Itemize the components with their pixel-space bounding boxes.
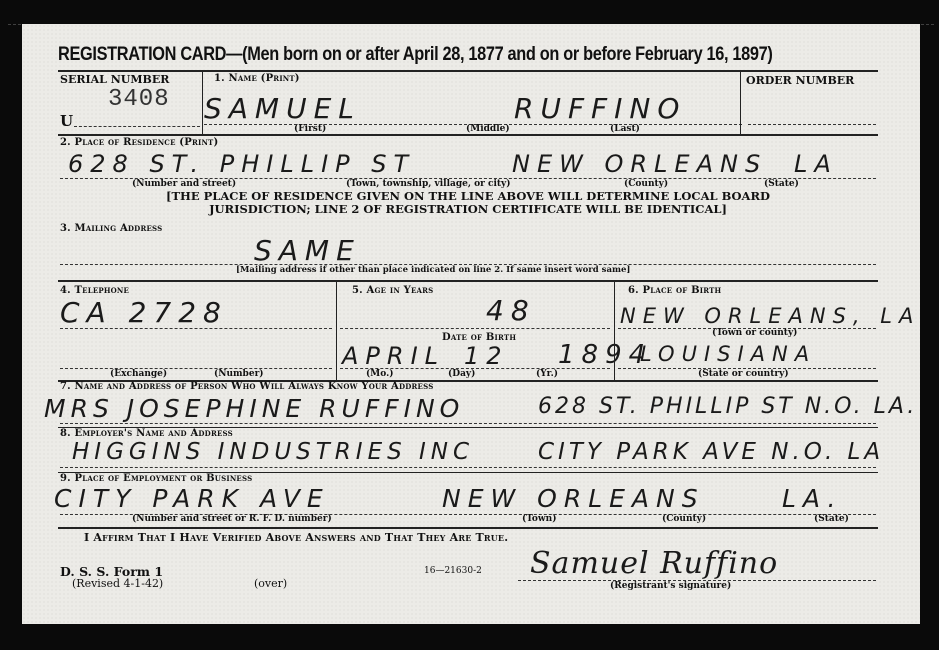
residence-notice: [THE PLACE OF RESIDENCE GIVEN ON THE LIN… [58,190,878,216]
card-title: REGISTRATION CARD—(Men born on or after … [58,44,772,66]
birth-state-caption: (State or country) [698,369,789,379]
age-label: 5. Age in Years [352,285,433,296]
contact-label: 7. Name and Address of Person Who Will A… [60,381,433,392]
employment-street-value: CITY PARK AVE [54,484,330,513]
birth-year-value: 1894 [558,340,652,370]
contact-name-value: MRS JOSEPHINE RUFFINO [44,394,464,423]
serial-number-value: 3408 [108,86,170,113]
street-caption: (Number and street) [132,179,236,189]
serial-number-label: SERIAL NUMBER [60,73,169,86]
state-caption: (State) [764,179,799,189]
employer-address-value: CITY PARK AVE N.O. LA [538,439,884,465]
mailing-caption: [Mailing address if other than place ind… [236,265,630,275]
day-caption: (Day) [448,369,475,379]
telephone-value: CA 2728 [60,296,228,329]
birth-town-value: NEW ORLEANS, LA [620,304,920,328]
county-caption: (County) [624,179,668,189]
form-revised: (Revised 4-1-42) [72,577,163,590]
over-note: (over) [254,577,287,590]
contact-line [60,423,876,424]
order-number-label: ORDER NUMBER [746,74,854,87]
divider [740,72,741,134]
microfilm-frame-edge [8,4,934,25]
employment-state-caption: (State) [814,514,849,524]
divider [58,280,878,282]
birth-month-value: APRIL [342,342,445,370]
birth-day-value: 12 [464,342,509,370]
employment-county-caption: (County) [662,514,706,524]
age-line [340,328,610,329]
middle-caption: (Middle) [466,124,510,134]
residence-label: 2. Place of Residence (Print) [60,137,218,148]
divider [58,527,878,529]
registration-card: REGISTRATION CARD—(Men born on or after … [22,24,920,624]
divider [614,282,615,380]
serial-prefix: U [60,112,73,130]
employment-street-caption: (Number and street or R. F. D. number) [132,514,332,524]
divider [202,72,203,134]
residence-street-value: 628 ST. PHILLIP ST [68,150,415,178]
last-caption: (Last) [610,124,640,134]
contact-address-value: 628 ST. PHILLIP ST N.O. LA. [538,394,917,419]
residence-city-value: NEW ORLEANS [512,150,767,178]
mailing-address-label: 3. Mailing Address [60,223,162,234]
employment-town-value: NEW ORLEANS [442,484,705,513]
first-name-value: SAMUEL [204,92,361,125]
age-value: 48 [486,294,536,327]
year-caption: (Yr.) [536,369,558,379]
telephone-line [60,328,332,329]
telephone-line-2 [60,368,332,369]
birth-state-value: LOUISIANA [640,342,816,366]
last-name-value: RUFFINO [514,92,686,125]
print-code: 16—21630-2 [424,566,482,576]
registrant-signature: Samuel Ruffino [530,546,778,581]
exchange-caption: (Exchange) [110,369,167,379]
employment-town-caption: (Town) [522,514,556,524]
first-caption: (First) [294,124,326,134]
employer-label: 8. Employer's Name and Address [60,428,233,439]
employment-state-value: LA. [782,484,842,513]
name-label: 1. Name (Print) [214,73,300,84]
place-of-birth-label: 6. Place of Birth [628,285,721,296]
divider [58,70,878,72]
mailing-address-value: SAME [254,234,361,267]
divider [58,134,878,136]
employment-place-label: 9. Place of Employment or Business [60,473,252,484]
affirmation-text: I Affirm That I Have Verified Above Answ… [84,531,508,544]
month-caption: (Mo.) [366,369,393,379]
employer-line [60,467,876,468]
town-caption: (Town, township, village, or city) [346,179,511,189]
notice-line-2: JURISDICTION; LINE 2 OF REGISTRATION CER… [58,203,878,216]
telephone-label: 4. Telephone [60,285,129,296]
serial-line [74,126,200,127]
residence-state-value: LA [794,150,838,178]
signature-caption: (Registrant's signature) [610,581,731,591]
employer-name-value: HIGGINS INDUSTRIES INC [72,439,474,465]
number-caption: (Number) [214,369,264,379]
order-number-line [748,124,876,125]
divider [336,282,337,380]
birth-town-caption: (Town or county) [712,328,797,338]
